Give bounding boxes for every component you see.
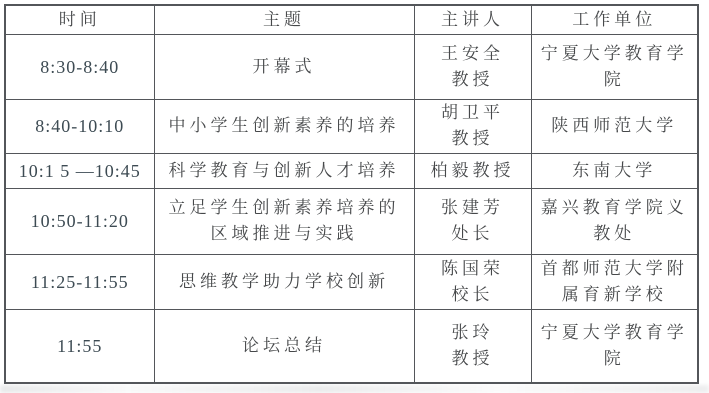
header-cell-time: 时间 [5,5,154,34]
table-row: 8:40-10:10 中小学生创新素养的培养 胡卫平 教授 陕西师范大学 [5,99,698,153]
table-row: 10:1 5 —10:45 科学教育与创新人才培养 柏毅教授 东南大学 [5,153,698,188]
header-cell-topic: 主题 [154,5,414,34]
schedule-table: 时间 主题 主讲人 工作单位 8:30-8:40 开幕式 王安全 教授 宁夏大学… [4,4,699,384]
cell-time: 8:40-10:10 [5,99,154,153]
header-cell-speaker: 主讲人 [414,5,531,34]
table-row: 11:55 论坛总结 张玲 教授 宁夏大学教育学 院 [5,309,698,383]
header-cell-organization: 工作单位 [531,5,698,34]
cell-topic: 开幕式 [154,34,414,99]
cell-time: 11:25-11:55 [5,254,154,309]
table-row: 10:50-11:20 立足学生创新素养培养的 区域推进与实践 张建芳 处长 嘉… [5,188,698,254]
cell-organization: 宁夏大学教育学 院 [531,34,698,99]
cell-topic: 论坛总结 [154,309,414,383]
cell-speaker: 王安全 教授 [414,34,531,99]
cell-time: 8:30-8:40 [5,34,154,99]
cell-topic: 中小学生创新素养的培养 [154,99,414,153]
cell-time: 10:1 5 —10:45 [5,153,154,188]
document-page: 时间 主题 主讲人 工作单位 8:30-8:40 开幕式 王安全 教授 宁夏大学… [0,0,709,393]
cell-organization: 首都师范大学附 属育新学校 [531,254,698,309]
cell-time: 10:50-11:20 [5,188,154,254]
cell-time: 11:55 [5,309,154,383]
cell-topic: 科学教育与创新人才培养 [154,153,414,188]
scan-artifact [0,385,709,393]
cell-organization: 嘉兴教育学院义 教处 [531,188,698,254]
cell-speaker: 柏毅教授 [414,153,531,188]
cell-organization: 陕西师范大学 [531,99,698,153]
cell-speaker: 张建芳 处长 [414,188,531,254]
header-row: 时间 主题 主讲人 工作单位 [5,5,698,34]
cell-speaker: 陈国荣 校长 [414,254,531,309]
cell-organization: 宁夏大学教育学 院 [531,309,698,383]
cell-organization: 东南大学 [531,153,698,188]
cell-speaker: 张玲 教授 [414,309,531,383]
table-row: 11:25-11:55 思维教学助力学校创新 陈国荣 校长 首都师范大学附 属育… [5,254,698,309]
cell-topic: 立足学生创新素养培养的 区域推进与实践 [154,188,414,254]
table-row: 8:30-8:40 开幕式 王安全 教授 宁夏大学教育学 院 [5,34,698,99]
cell-speaker: 胡卫平 教授 [414,99,531,153]
cell-topic: 思维教学助力学校创新 [154,254,414,309]
